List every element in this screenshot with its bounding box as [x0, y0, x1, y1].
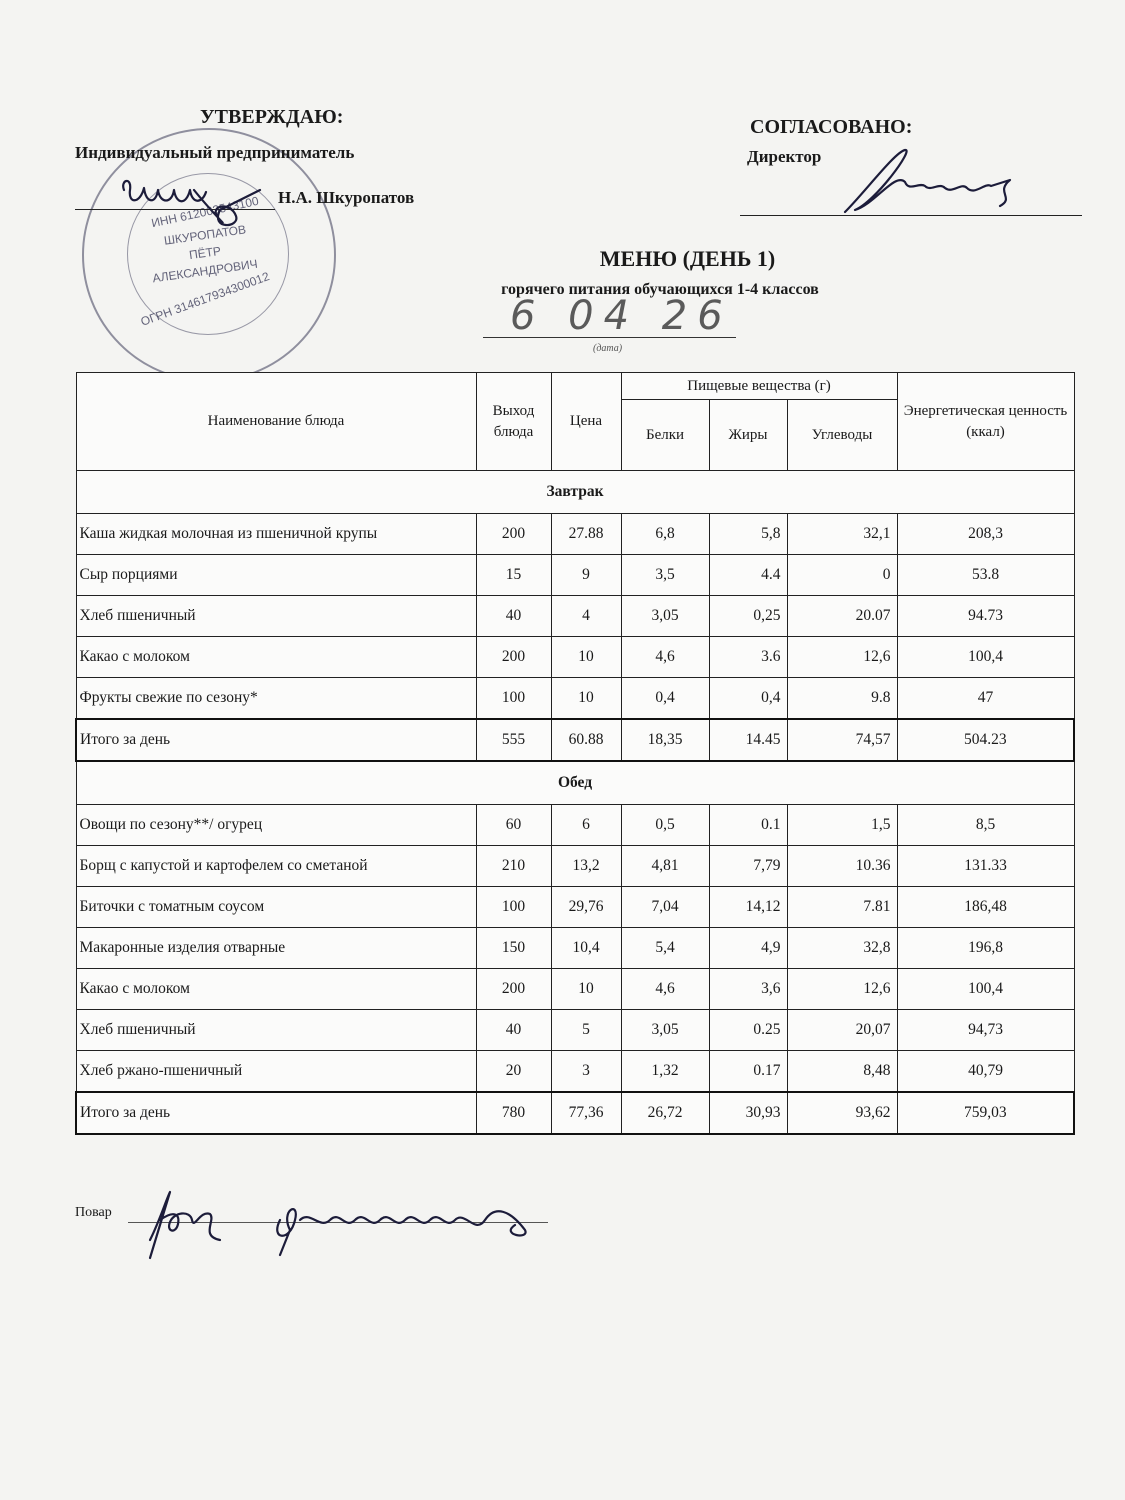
cell-price: 77,36: [551, 1092, 621, 1134]
cell-fats: 30,93: [709, 1092, 787, 1134]
cell-proteins: 4,6: [621, 637, 709, 678]
cell-output: 150: [476, 928, 551, 969]
cell-carbs: 20.07: [787, 596, 897, 637]
table-row: Биточки с томатным соусом10029,767,0414,…: [76, 887, 1074, 928]
section-row: Обед: [76, 761, 1074, 805]
cell-proteins: 18,35: [621, 719, 709, 761]
table-row: Макаронные изделия отварные15010,45,44,9…: [76, 928, 1074, 969]
cell-proteins: 3,05: [621, 596, 709, 637]
header-proteins: Белки: [621, 400, 709, 471]
date-line: [483, 337, 736, 338]
cell-proteins: 7,04: [621, 887, 709, 928]
dish-name: Сыр порциями: [76, 555, 476, 596]
cell-output: 555: [476, 719, 551, 761]
total-row: Итого за день55560.8818,3514.4574,57504.…: [76, 719, 1074, 761]
cell-price: 10: [551, 637, 621, 678]
section-title: Обед: [76, 761, 1074, 805]
header-carbs: Углеводы: [787, 400, 897, 471]
cook-label: Повар: [75, 1205, 112, 1221]
cell-proteins: 6,8: [621, 514, 709, 555]
cell-energy: 47: [897, 678, 1074, 720]
agreement-role: Директор: [747, 147, 821, 167]
table-row: Сыр порциями1593,54.4053.8: [76, 555, 1074, 596]
cell-fats: 0.1: [709, 805, 787, 846]
cell-proteins: 3,05: [621, 1010, 709, 1051]
cell-price: 4: [551, 596, 621, 637]
cell-energy: 131.33: [897, 846, 1074, 887]
cell-carbs: 20,07: [787, 1010, 897, 1051]
header-energy: Энергетическая ценность (ккал): [897, 373, 1074, 471]
cell-carbs: 12,6: [787, 637, 897, 678]
table-row: Овощи по сезону**/ огурец6060,50.11,58,5: [76, 805, 1074, 846]
cell-output: 20: [476, 1051, 551, 1093]
cell-output: 40: [476, 1010, 551, 1051]
cell-fats: 0.25: [709, 1010, 787, 1051]
cell-price: 29,76: [551, 887, 621, 928]
date-caption: (дата): [593, 343, 622, 354]
cell-carbs: 32,8: [787, 928, 897, 969]
agreement-signature-line: [740, 215, 1082, 216]
cell-proteins: 3,5: [621, 555, 709, 596]
cell-carbs: 32,1: [787, 514, 897, 555]
menu-table-body: ЗавтракКаша жидкая молочная из пшеничной…: [76, 471, 1074, 1135]
dish-name: Хлеб ржано-пшеничный: [76, 1051, 476, 1093]
dish-name: Каша жидкая молочная из пшеничной крупы: [76, 514, 476, 555]
table-row: Фрукты свежие по сезону*100100,40,49.847: [76, 678, 1074, 720]
approval-title: УТВЕРЖДАЮ:: [200, 106, 343, 129]
cell-carbs: 9.8: [787, 678, 897, 720]
cell-output: 100: [476, 887, 551, 928]
cell-carbs: 10.36: [787, 846, 897, 887]
cell-price: 10: [551, 678, 621, 720]
table-row: Каша жидкая молочная из пшеничной крупы2…: [76, 514, 1074, 555]
table-row: Борщ с капустой и картофелем со сметаной…: [76, 846, 1074, 887]
cell-energy: 40,79: [897, 1051, 1074, 1093]
table-row: Какао с молоком200104,63.612,6100,4: [76, 637, 1074, 678]
cell-output: 40: [476, 596, 551, 637]
header-dish-name: Наименование блюда: [76, 373, 476, 471]
cell-proteins: 0,4: [621, 678, 709, 720]
cell-proteins: 4,6: [621, 969, 709, 1010]
dish-name: Итого за день: [76, 719, 476, 761]
approval-name: Н.А. Шкуропатов: [278, 188, 414, 208]
cell-price: 6: [551, 805, 621, 846]
dish-name: Какао с молоком: [76, 969, 476, 1010]
cook-signature: [130, 1180, 550, 1260]
table-row: Хлеб пшеничный4043,050,2520.0794.73: [76, 596, 1074, 637]
cell-energy: 8,5: [897, 805, 1074, 846]
cell-price: 5: [551, 1010, 621, 1051]
cell-fats: 0,4: [709, 678, 787, 720]
dish-name: Хлеб пшеничный: [76, 1010, 476, 1051]
cell-energy: 53.8: [897, 555, 1074, 596]
cell-energy: 504.23: [897, 719, 1074, 761]
cell-carbs: 7.81: [787, 887, 897, 928]
cell-energy: 208,3: [897, 514, 1074, 555]
total-row: Итого за день78077,3626,7230,9393,62759,…: [76, 1092, 1074, 1134]
handwritten-date: 6 04 26: [510, 293, 733, 339]
dish-name: Фрукты свежие по сезону*: [76, 678, 476, 720]
cell-carbs: 0: [787, 555, 897, 596]
cell-energy: 94.73: [897, 596, 1074, 637]
cell-energy: 196,8: [897, 928, 1074, 969]
cell-proteins: 5,4: [621, 928, 709, 969]
menu-title: МЕНЮ (ДЕНЬ 1): [0, 246, 1125, 272]
table-row: Хлеб пшеничный4053,050.2520,0794,73: [76, 1010, 1074, 1051]
cell-energy: 94,73: [897, 1010, 1074, 1051]
cell-fats: 14,12: [709, 887, 787, 928]
cell-proteins: 1,32: [621, 1051, 709, 1093]
header-price: Цена: [551, 373, 621, 471]
dish-name: Итого за день: [76, 1092, 476, 1134]
menu-table: Наименование блюда Выход блюда Цена Пище…: [75, 372, 1075, 1135]
table-row: Какао с молоком200104,63,612,6100,4: [76, 969, 1074, 1010]
cell-output: 780: [476, 1092, 551, 1134]
dish-name: Макаронные изделия отварные: [76, 928, 476, 969]
cell-output: 100: [476, 678, 551, 720]
cell-price: 60.88: [551, 719, 621, 761]
cell-price: 10,4: [551, 928, 621, 969]
cell-energy: 186,48: [897, 887, 1074, 928]
approval-signature: [110, 160, 280, 240]
cell-carbs: 93,62: [787, 1092, 897, 1134]
cell-price: 10: [551, 969, 621, 1010]
dish-name: Биточки с томатным соусом: [76, 887, 476, 928]
cell-output: 200: [476, 969, 551, 1010]
dish-name: Хлеб пшеничный: [76, 596, 476, 637]
cell-fats: 0.17: [709, 1051, 787, 1093]
dish-name: Борщ с капустой и картофелем со сметаной: [76, 846, 476, 887]
cell-energy: 100,4: [897, 969, 1074, 1010]
cell-fats: 14.45: [709, 719, 787, 761]
cell-carbs: 1,5: [787, 805, 897, 846]
cell-price: 9: [551, 555, 621, 596]
section-row: Завтрак: [76, 471, 1074, 514]
agreement-title: СОГЛАСОВАНО:: [750, 116, 912, 139]
cell-fats: 0,25: [709, 596, 787, 637]
cell-energy: 759,03: [897, 1092, 1074, 1134]
dish-name: Какао с молоком: [76, 637, 476, 678]
header-fats: Жиры: [709, 400, 787, 471]
cell-output: 200: [476, 514, 551, 555]
cell-proteins: 0,5: [621, 805, 709, 846]
cell-fats: 3.6: [709, 637, 787, 678]
cell-price: 13,2: [551, 846, 621, 887]
cell-fats: 5,8: [709, 514, 787, 555]
cell-output: 60: [476, 805, 551, 846]
cell-carbs: 12,6: [787, 969, 897, 1010]
cell-fats: 4,9: [709, 928, 787, 969]
cell-proteins: 4,81: [621, 846, 709, 887]
header-output: Выход блюда: [476, 373, 551, 471]
agreement-signature: [835, 142, 1035, 222]
section-title: Завтрак: [76, 471, 1074, 514]
cell-output: 210: [476, 846, 551, 887]
dish-name: Овощи по сезону**/ огурец: [76, 805, 476, 846]
header-nutrients-group: Пищевые вещества (г): [621, 373, 897, 400]
cell-output: 15: [476, 555, 551, 596]
cell-carbs: 74,57: [787, 719, 897, 761]
cell-proteins: 26,72: [621, 1092, 709, 1134]
cell-fats: 4.4: [709, 555, 787, 596]
cell-price: 3: [551, 1051, 621, 1093]
cell-output: 200: [476, 637, 551, 678]
cell-price: 27.88: [551, 514, 621, 555]
cell-fats: 3,6: [709, 969, 787, 1010]
cell-carbs: 8,48: [787, 1051, 897, 1093]
table-row: Хлеб ржано-пшеничный2031,320.178,4840,79: [76, 1051, 1074, 1093]
cell-energy: 100,4: [897, 637, 1074, 678]
cell-fats: 7,79: [709, 846, 787, 887]
